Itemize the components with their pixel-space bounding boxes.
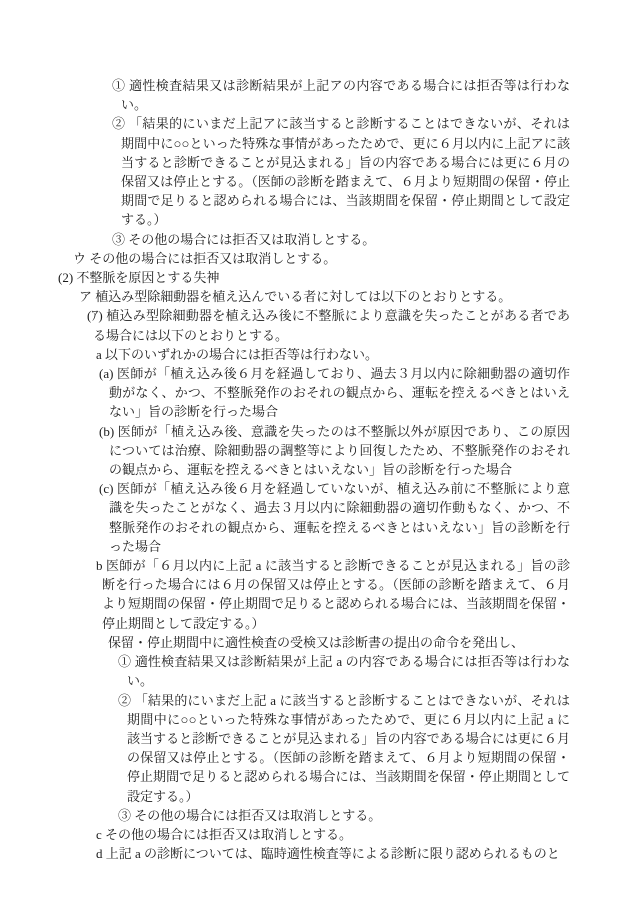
paragraph: ウ その他の場合には拒否又は取消しとする。 — [58, 249, 570, 268]
paragraph: a 以下のいずれかの場合には拒否等は行わない。 — [58, 345, 570, 364]
item-text: 植込み型除細動器を植え込み後に不整脈により意識を失ったことがある者である場合には… — [93, 308, 570, 342]
item-text: 適性検査結果又は診断結果が上記 a の内容である場合には拒否等は行わない。 — [127, 654, 570, 688]
item-label: ③ — [118, 808, 131, 823]
paragraph: ア 植込み型除細動器を植え込んでいる者に対しては以下のとおりとする。 — [58, 287, 570, 306]
paragraph: (a) 医師が「植え込み後６月を経過しており、過去３月以内に除細動器の適切作動が… — [58, 364, 570, 422]
item-label: ③ — [112, 232, 125, 247]
item-label: ② — [112, 116, 125, 131]
item-label: d — [96, 846, 103, 861]
paragraph: (ｱ) 植込み型除細動器を植え込み後に不整脈により意識を失ったことがある者である… — [58, 306, 570, 344]
item-label: (2) — [58, 270, 73, 285]
item-label: ② — [118, 693, 131, 708]
item-text: 医師が「６月以内に上記 a に該当すると診断できることが見込まれる」旨の診断を行… — [102, 558, 570, 631]
item-text: 「結果的にいまだ上記アに該当すると診断することはできないが、それは期間中に○○と… — [121, 116, 570, 227]
item-text: 植込み型除細動器を植え込んでいる者に対しては以下のとおりとする。 — [95, 289, 511, 304]
paragraph: ② 「結果的にいまだ上記 a に該当すると診断することはできないが、それは期間中… — [58, 691, 570, 806]
item-text: 不整脈を原因とする失神 — [76, 270, 219, 285]
item-text: 「結果的にいまだ上記 a に該当すると診断することはできないが、それは期間中に○… — [127, 693, 570, 804]
paragraph: ③ その他の場合には拒否又は取消しとする。 — [58, 806, 570, 825]
paragraph: ① 適性検査結果又は診断結果が上記アの内容である場合には拒否等は行わない。 — [58, 76, 570, 114]
item-text: 医師が「植え込み後、意識を失ったのは不整脈以外が原因であり、この原因については治… — [109, 424, 570, 477]
paragraph: b 医師が「６月以内に上記 a に該当すると診断できることが見込まれる」旨の診断… — [58, 556, 570, 633]
item-text: その他の場合には拒否又は取消しとする。 — [134, 808, 381, 823]
paragraph: (b) 医師が「植え込み後、意識を失ったのは不整脈以外が原因であり、この原因につ… — [58, 422, 570, 480]
item-label: ア — [79, 289, 92, 304]
item-label: (b) — [99, 424, 114, 439]
item-label: c — [96, 827, 102, 842]
paragraph: (c) 医師が「植え込み後６月を経過していないが、植え込み前に不整脈により意識を… — [58, 479, 570, 556]
paragraph: d 上記 a の診断については、臨時適性検査等による診断に限り認められるものと — [58, 844, 570, 863]
paragraph: ① 適性検査結果又は診断結果が上記 a の内容である場合には拒否等は行わない。 — [58, 652, 570, 690]
item-label: ① — [118, 654, 131, 669]
item-text: その他の場合には拒否又は取消しとする。 — [89, 251, 336, 266]
item-label: ① — [112, 78, 125, 93]
paragraph: (2) 不整脈を原因とする失神 — [58, 268, 570, 287]
item-label: (ｱ) — [87, 308, 103, 323]
item-label: ウ — [73, 251, 86, 266]
item-text: 医師が「植え込み後６月を経過しており、過去３月以内に除細動器の適切作動がなく、か… — [109, 366, 570, 419]
item-text: その他の場合には拒否又は取消しとする。 — [105, 827, 352, 842]
paragraph: ② 「結果的にいまだ上記アに該当すると診断することはできないが、それは期間中に○… — [58, 114, 570, 229]
item-label: (a) — [99, 366, 113, 381]
item-text: 適性検査結果又は診断結果が上記アの内容である場合には拒否等は行わない。 — [121, 78, 570, 112]
item-label: b — [96, 558, 103, 573]
item-text: 以下のいずれかの場合には拒否等は行わない。 — [105, 347, 378, 362]
paragraph: c その他の場合には拒否又は取消しとする。 — [58, 825, 570, 844]
document-page: ① 適性検査結果又は診断結果が上記アの内容である場合には拒否等は行わない。② 「… — [0, 0, 630, 903]
paragraph: ③ その他の場合には拒否又は取消しとする。 — [58, 230, 570, 249]
item-text: 上記 a の診断については、臨時適性検査等による診断に限り認められるものと — [106, 846, 560, 861]
item-label: (c) — [99, 481, 113, 496]
item-label: a — [96, 347, 102, 362]
paragraph: 保留・停止期間中に適性検査の受検又は診断書の提出の命令を発出し、 — [58, 633, 570, 652]
item-text: 保留・停止期間中に適性検査の受検又は診断書の提出の命令を発出し、 — [108, 635, 524, 650]
item-text: その他の場合には拒否又は取消しとする。 — [128, 232, 375, 247]
item-text: 医師が「植え込み後６月を経過していないが、植え込み前に不整脈により意識を失ったこ… — [109, 481, 570, 554]
document-body: ① 適性検査結果又は診断結果が上記アの内容である場合には拒否等は行わない。② 「… — [58, 76, 570, 863]
